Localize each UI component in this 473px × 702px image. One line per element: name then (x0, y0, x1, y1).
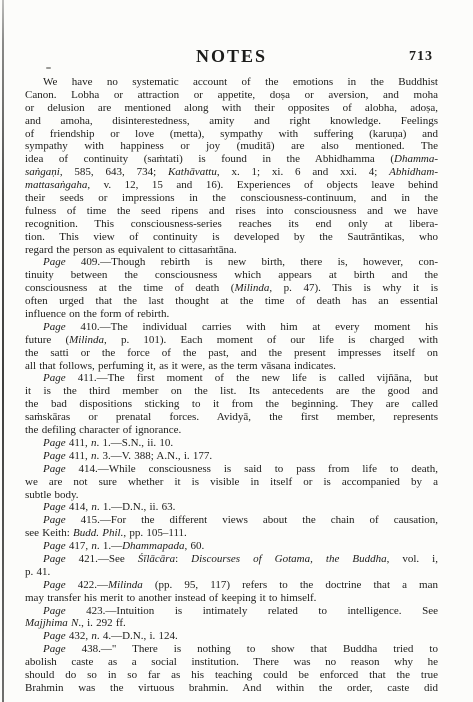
scan-edge-shadow (2, 0, 4, 702)
text-line: Page 410.—The individual carries with hi… (25, 321, 438, 334)
text-line: saṁskāras or prenatal forces. Avidyā, th… (25, 411, 438, 424)
text-line: should do so in so far as his teaching c… (25, 669, 438, 682)
text-line: the bad dispositions sticking to it from… (25, 398, 438, 411)
text-line: future (Milinda, p. 101). Each moment of… (25, 334, 438, 347)
text-line: Page 432, n. 4.—D.N., i. 124. (25, 630, 438, 643)
text-line: tion. This view of continuity is develop… (25, 231, 438, 244)
text-line: Majjhima N., i. 292 ff. (25, 617, 438, 630)
text-line: Brahmin was the virtuous brahmin. And wi… (25, 682, 438, 695)
text-line: influence on the form of rebirth. (25, 308, 438, 321)
text-line: or delusion are mentioned along with the… (25, 102, 438, 115)
text-line: may transfer his merit to another instea… (25, 592, 438, 605)
text-line: idea of continuity (saṁtati) is found in… (25, 153, 438, 166)
text-line: Page 414, n. 1.—D.N., ii. 63. (25, 501, 438, 514)
text-line: p. 41. (25, 566, 438, 579)
text-line: regard the person as equivalent to citta… (25, 244, 438, 257)
text-line: abolish caste as a social institution. T… (25, 656, 438, 669)
text-line: recognition. This consciousness-series r… (25, 218, 438, 231)
text-line: Page 438.—" There is nothing to show tha… (25, 643, 438, 656)
text-line: Page 411, n. 3.—V. 388; A.N., i. 177. (25, 450, 438, 463)
text-line: Page 411, n. 1.—S.N., ii. 10. (25, 437, 438, 450)
page-header: NOTES 713 (25, 46, 438, 68)
text-line: often urged that the last thought at the… (25, 295, 438, 308)
page-number: 713 (409, 49, 433, 65)
book-page-scan: NOTES 713 We have no systematic account … (0, 0, 473, 702)
text-block: We have no systematic account of the emo… (25, 76, 438, 695)
text-line: see Keith: Budd. Phil., pp. 105–111. (25, 527, 438, 540)
text-line: Page 423.—Intuition is intimately relate… (25, 605, 438, 618)
text-line: sympathy with happiness or joy (muditā) … (25, 140, 438, 153)
text-line: tinuity between the consciousness which … (25, 269, 438, 282)
text-line: the satti or the force of the past, and … (25, 347, 438, 360)
text-line: mattasaṅgaha, v. 12, 15 and 16). Experie… (25, 179, 438, 192)
text-line: it is the third member on the list. Its … (25, 385, 438, 398)
text-line: the defiling character of ignorance. (25, 424, 438, 437)
text-line: We have no systematic account of the emo… (25, 76, 438, 89)
running-title: NOTES (25, 46, 438, 67)
text-line: of friendship or love (metta), sympathy … (25, 128, 438, 141)
text-line: Page 415.—For the different views about … (25, 514, 438, 527)
text-line: Page 414.—While consciousness is said to… (25, 463, 438, 476)
text-line: fulness of time the seed ripens and rise… (25, 205, 438, 218)
text-line: Page 422.—Milinda (pp. 95, 117) refers t… (25, 579, 438, 592)
text-line: saṅgaṇi, 585, 643, 734; Kathāvattu, x. 1… (25, 166, 438, 179)
text-line: Page 411.—The first moment of the new li… (25, 372, 438, 385)
text-line: we are not sure whether it is visible in… (25, 476, 438, 489)
text-line: subtle body. (25, 489, 438, 502)
text-line: consciousness at the time of death (Mili… (25, 282, 438, 295)
text-line: their seeds or impressions in the consci… (25, 192, 438, 205)
text-line: Page 417, n. 1.—Dhammapada, 60. (25, 540, 438, 553)
text-line: and amoha, disinterestedness, amity and … (25, 115, 438, 128)
text-line: Canon. Lobha or attraction or appetite, … (25, 89, 438, 102)
text-line: Page 421.—See Śīlācāra: Discourses of Go… (25, 553, 438, 566)
text-line: all that follows, perfuming it, as it we… (25, 360, 438, 373)
text-line: Page 409.—Though rebirth is new birth, t… (25, 256, 438, 269)
